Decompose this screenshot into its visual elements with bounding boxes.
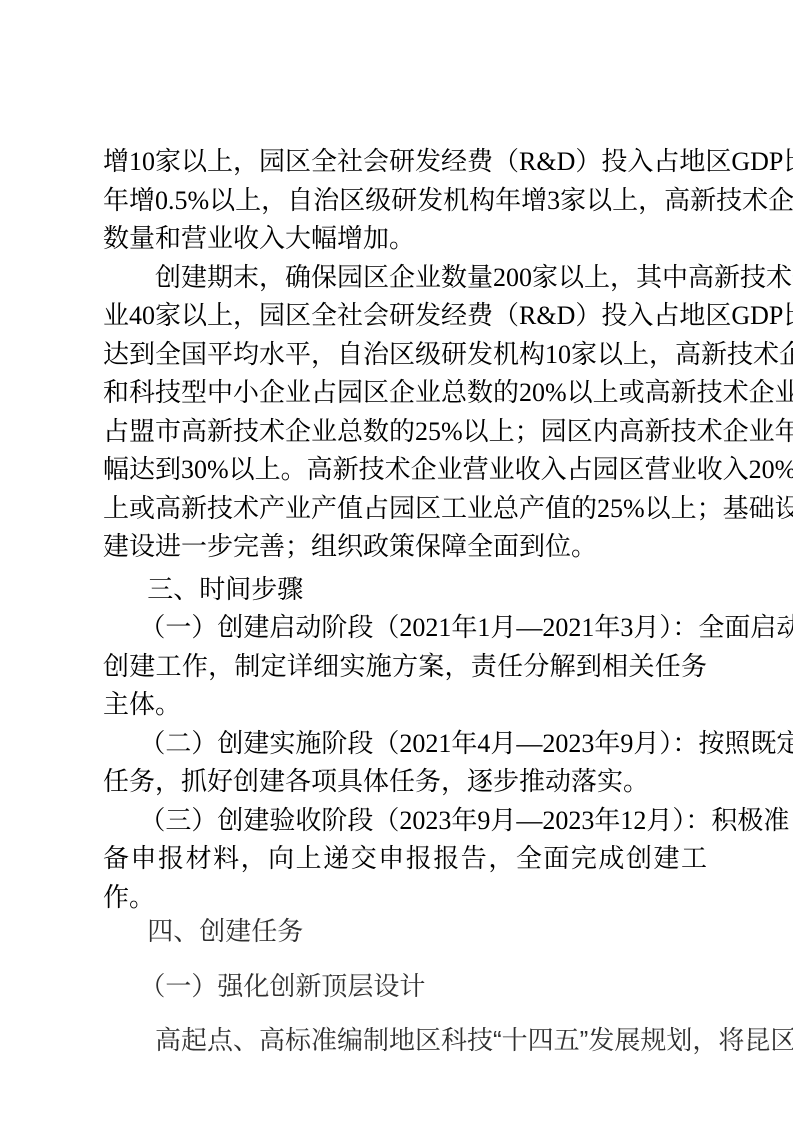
text-line: （三）创建验收阶段（2023年9月—2023年12月）：积极准: [103, 802, 707, 841]
text-line: （二）创建实施阶段（2021年4月—2023年9月）：按照既定: [103, 725, 707, 764]
paragraph-goal-endterm: 创建期末，确保园区企业数量200家以上，其中高新技术企 业40家以上，园区全社会…: [103, 259, 707, 567]
paragraph-phase-implementation: （二）创建实施阶段（2021年4月—2023年9月）：按照既定 任务，抓好创建各…: [103, 725, 707, 802]
section-heading-text: 三、时间步骤: [103, 571, 707, 610]
paragraph-phase-launch: （一）创建启动阶段（2021年1月—2021年3月）：全面启动 创建工作，制定详…: [103, 609, 707, 725]
section-heading-timeline: 三、时间步骤: [103, 571, 707, 610]
paragraph-planning: 高起点、高标准编制地区科技“十四五”发展规划，将昆区: [103, 1021, 707, 1060]
subsection-heading-topdesign: （一）强化创新顶层设计: [103, 967, 707, 1006]
section-heading-text: 四、创建任务: [103, 912, 707, 951]
document-page: 增10家以上，园区全社会研发经费（R&D）投入占地区GDP比重 年增0.5%以上…: [0, 0, 793, 1122]
subsection-heading-text: （一）强化创新顶层设计: [103, 967, 707, 1006]
paragraph-goal-annual: 增10家以上，园区全社会研发经费（R&D）投入占地区GDP比重 年增0.5%以上…: [103, 143, 707, 259]
text-line: 高起点、高标准编制地区科技“十四五”发展规划，将昆区: [103, 1021, 707, 1060]
text-line: 创建工作，制定详细实施方案，责任分解到相关任务主体。: [103, 648, 707, 725]
text-line: 业40家以上，园区全社会研发经费（R&D）投入占地区GDP比重: [103, 297, 707, 336]
text-line: （一）创建启动阶段（2021年1月—2021年3月）：全面启动: [103, 609, 707, 648]
text-line: 占盟市高新技术企业总数的25%以上；园区内高新技术企业年增: [103, 413, 707, 452]
document-body: 增10家以上，园区全社会研发经费（R&D）投入占地区GDP比重 年增0.5%以上…: [103, 143, 707, 1060]
text-line: 和科技型中小企业占园区企业总数的20%以上或高新技术企业数: [103, 374, 707, 413]
text-line: 建设进一步完善；组织政策保障全面到位。: [103, 528, 707, 567]
text-line: 年增0.5%以上，自治区级研发机构年增3家以上，高新技术企业: [103, 182, 707, 221]
text-line: 增10家以上，园区全社会研发经费（R&D）投入占地区GDP比重: [103, 143, 707, 182]
text-line: 上或高新技术产业产值占园区工业总产值的25%以上；基础设施: [103, 490, 707, 529]
paragraph-phase-acceptance: （三）创建验收阶段（2023年9月—2023年12月）：积极准 备申报材料，向上…: [103, 802, 707, 918]
text-line: 数量和营业收入大幅增加。: [103, 220, 707, 259]
text-line: 任务，抓好创建各项具体任务，逐步推动落实。: [103, 763, 707, 802]
text-line: 创建期末，确保园区企业数量200家以上，其中高新技术企: [103, 259, 707, 298]
section-heading-tasks: 四、创建任务: [103, 912, 707, 951]
text-line: 备申报材料，向上递交申报报告，全面完成创建工作。: [103, 840, 707, 917]
text-line: 达到全国平均水平，自治区级研发机构10家以上，高新技术企业: [103, 336, 707, 375]
text-line: 幅达到30%以上。高新技术企业营业收入占园区营业收入20%以: [103, 451, 707, 490]
